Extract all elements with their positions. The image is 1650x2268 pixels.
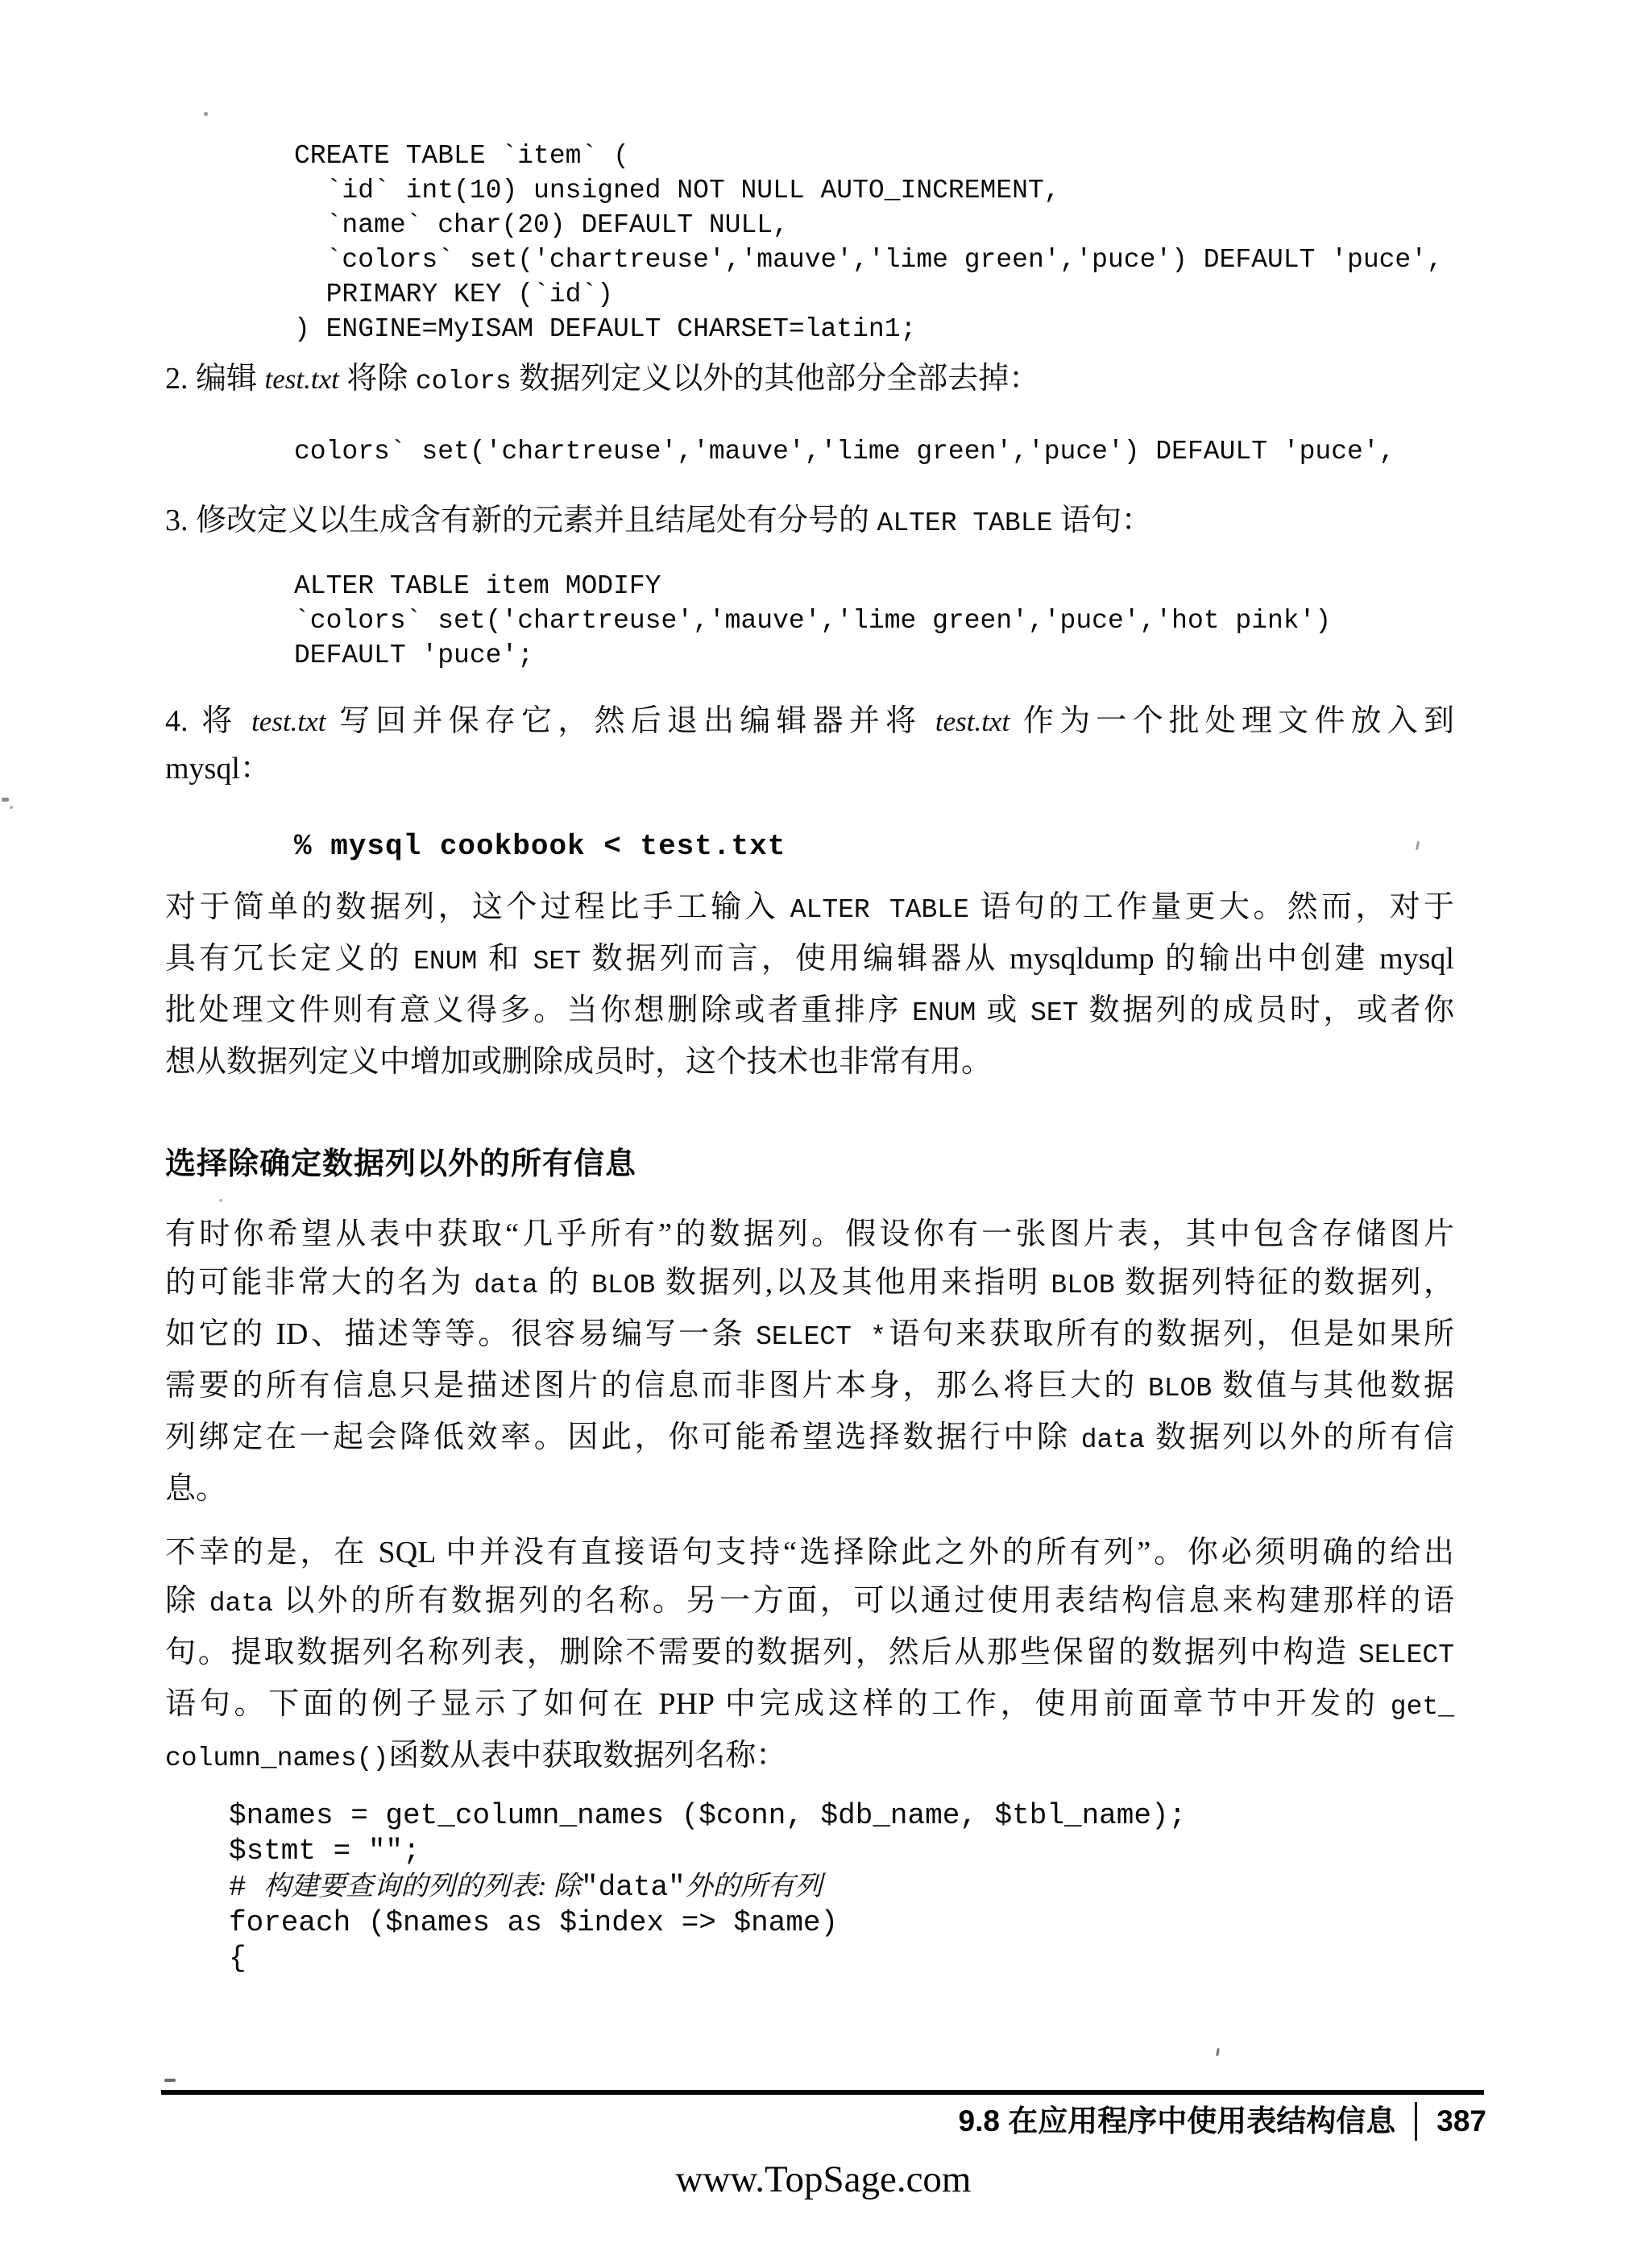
sql-colors-line-block: colors` set('chartreuse','mauve','lime g… — [294, 434, 1395, 469]
text-line: 语句。下面的例子显示了如何在 PHP 中完成这样的工作，使用前面章节中开发的 g… — [165, 1680, 1454, 1731]
code-line: PRIMARY KEY (`id`) — [294, 277, 1443, 312]
text-segment: "data" — [581, 1871, 686, 1904]
page-number: 387 — [1436, 2101, 1486, 2142]
code-line: `id` int(10) unsigned NOT NULL AUTO_INCR… — [294, 173, 1443, 208]
text-segment: colors — [416, 367, 512, 396]
text-segment: 数据列而言，使用编辑器从 mysqldump 的输出中创建 mysql — [581, 942, 1454, 976]
text-segment: foreach ($names as $index => $name) — [229, 1906, 838, 1939]
text-segment: 将除 — [339, 362, 416, 396]
code-line: `colors` set('chartreuse','mauve','lime … — [294, 603, 1331, 638]
text-segment: 4. 将 — [165, 704, 251, 738]
text-line: 需要的所有信息只是描述图片的信息而非图片本身，那么将巨大的 BLOB 数值与其他… — [165, 1362, 1454, 1413]
footer-rule — [161, 2090, 1484, 2095]
text-segment: 数据列特征的数据列， — [1115, 1266, 1454, 1300]
text-segment: 3. 修改定义以生成含有新的元素并且结尾处有分号的 — [165, 504, 877, 537]
section-heading: 选择除确定数据列以外的所有信息 — [165, 1144, 636, 1184]
text-line: 4. 将 test.txt 写回并保存它，然后退出编辑器并将 test.txt … — [165, 698, 1454, 745]
text-segment: SET — [533, 947, 581, 976]
sql-create-table-block: CREATE TABLE `item` ( `id` int(10) unsig… — [294, 139, 1443, 346]
list-item-2: 2. 编辑 test.txt 将除 colors 数据列定义以外的其他部分全部去… — [165, 355, 1454, 406]
code-line: DEFAULT 'puce'; — [294, 638, 1331, 673]
paragraph-blob-columns: 有时你希望从表中获取“几乎所有”的数据列。假设你有一张图片表，其中包含存储图片 … — [165, 1210, 1454, 1513]
text-segment: SET — [1030, 998, 1078, 1028]
text-segment: 不幸的是，在 SQL 中并没有直接语句支持“选择除此之外的所有列”。你必须明确的… — [165, 1536, 1454, 1569]
text-segment: 对于简单的数据列，这个过程比手工输入 — [165, 890, 790, 924]
text-segment: column_names() — [165, 1743, 388, 1773]
text-segment: 句。提取数据列名称列表，删除不需要的数据列，然后从那些保留的数据列中构造 — [165, 1636, 1358, 1669]
text-segment: $stmt = ""; — [229, 1835, 421, 1868]
text-segment: test.txt — [935, 706, 1009, 737]
code-line: $names = get_column_names ($conn, $db_na… — [229, 1798, 1186, 1834]
list-item-4: 4. 将 test.txt 写回并保存它，然后退出编辑器并将 test.txt … — [165, 698, 1454, 792]
code-line: CREATE TABLE `item` ( — [294, 139, 1443, 173]
text-segment: 数据列的成员时，或者你 — [1078, 993, 1454, 1027]
text-line: 不幸的是，在 SQL 中并没有直接语句支持“选择除此之外的所有列”。你必须明确的… — [165, 1528, 1454, 1577]
scan-artifact — [219, 1199, 222, 1202]
text-line: 的可能非常大的名为 data 的 BLOB 数据列,以及其他用来指明 BLOB … — [165, 1258, 1454, 1310]
text-segment: 语句的工作量更大。然而，对于 — [969, 890, 1454, 924]
text-segment: test.txt — [251, 706, 325, 737]
text-line: 除 data 以外的所有数据列的名称。另一方面，可以通过使用表结构信息来构建那样… — [165, 1577, 1454, 1628]
code-line: { — [229, 1941, 1186, 1976]
text-segment: 的 — [538, 1266, 592, 1300]
php-code-block: $names = get_column_names ($conn, $db_na… — [229, 1798, 1186, 1976]
text-segment: 语句来获取所有的数据列，但是如果所 — [886, 1317, 1454, 1351]
text-segment: { — [229, 1942, 247, 1975]
text-segment: 作为一个批处理文件放入到 — [1009, 704, 1454, 738]
text-segment: 数据列,以及其他用来指明 — [655, 1266, 1051, 1300]
scan-artifact — [1216, 2048, 1220, 2056]
text-segment: 语句。下面的例子显示了如何在 PHP 中完成这样的工作，使用前面章节中开发的 — [165, 1687, 1391, 1721]
text-line: 2. 编辑 test.txt 将除 colors 数据列定义以外的其他部分全部去… — [165, 355, 1454, 406]
text-segment: 数值与其他数据 — [1212, 1369, 1454, 1403]
text-line: 3. 修改定义以生成含有新的元素并且结尾处有分号的 ALTER TABLE 语句… — [165, 496, 1454, 548]
code-line: ) ENGINE=MyISAM DEFAULT CHARSET=latin1; — [294, 312, 1443, 346]
text-segment: get_ — [1391, 1692, 1454, 1722]
shell-command-block: % mysql cookbook < test.txt — [294, 829, 786, 864]
text-segment: 构建要查询的列的列表: 除 — [263, 1872, 581, 1901]
text-line: 对于简单的数据列，这个过程比手工输入 ALTER TABLE 语句的工作量更大。… — [165, 883, 1454, 935]
text-segment: ALTER TABLE — [790, 895, 969, 925]
text-segment: 2. 编辑 — [165, 362, 265, 396]
text-segment: 批处理文件则有意义得多。当你想删除或者重排序 — [165, 993, 912, 1027]
paragraph-select-except: 不幸的是，在 SQL 中并没有直接语句支持“选择除此之外的所有列”。你必须明确的… — [165, 1528, 1454, 1783]
code-line: `name` char(20) DEFAULT NULL, — [294, 208, 1443, 243]
text-segment: 的可能非常大的名为 — [165, 1266, 474, 1300]
text-segment: 有时你希望从表中获取“几乎所有”的数据列。假设你有一张图片表，其中包含存储图片 — [165, 1217, 1454, 1251]
text-segment: 或 — [976, 993, 1030, 1027]
text-segment: ENUM — [912, 998, 976, 1028]
text-line: mysql： — [165, 745, 1454, 792]
paragraph-batch-file: 对于简单的数据列，这个过程比手工输入 ALTER TABLE 语句的工作量更大。… — [165, 883, 1454, 1086]
text-segment: SELECT * — [756, 1322, 886, 1352]
scan-artifact — [1416, 841, 1420, 850]
text-line: 具有冗长定义的 ENUM 和 SET 数据列而言，使用编辑器从 mysqldum… — [165, 935, 1454, 986]
scan-artifact — [10, 806, 13, 809]
scan-artifact — [164, 2079, 176, 2082]
text-segment: $names = get_column_names ($conn, $db_na… — [229, 1799, 1186, 1832]
text-segment: BLOB — [1051, 1271, 1114, 1300]
code-line: foreach ($names as $index => $name) — [229, 1905, 1186, 1941]
text-segment: 息。 — [165, 1472, 226, 1506]
text-line: 列绑定在一起会降低效率。因此，你可能希望选择数据行中除 data 数据列以外的所… — [165, 1413, 1454, 1465]
text-segment: 数据列定义以外的其他部分全部去掉： — [512, 362, 1040, 396]
text-segment: BLOB — [591, 1271, 655, 1300]
text-segment: 如它的 ID、描述等等。很容易编写一条 — [165, 1317, 756, 1351]
book-page-scan: CREATE TABLE `item` ( `id` int(10) unsig… — [0, 0, 1650, 2268]
code-line: $stmt = ""; — [229, 1834, 1186, 1869]
list-item-3: 3. 修改定义以生成含有新的元素并且结尾处有分号的 ALTER TABLE 语句… — [165, 496, 1454, 548]
text-segment: 除 — [165, 1584, 209, 1618]
text-segment: data — [1081, 1425, 1145, 1455]
watermark-url: www.TopSage.com — [676, 2158, 972, 2201]
text-segment: 语句： — [1052, 504, 1152, 537]
text-line: 如它的 ID、描述等等。很容易编写一条 SELECT *语句来获取所有的数据列，… — [165, 1310, 1454, 1362]
text-line: 想从数据列定义中增加或删除成员时，这个技术也非常有用。 — [165, 1038, 1454, 1086]
code-line: % mysql cookbook < test.txt — [294, 829, 786, 864]
text-line: 批处理文件则有意义得多。当你想删除或者重排序 ENUM 或 SET 数据列的成员… — [165, 986, 1454, 1038]
scan-artifact — [2, 798, 9, 802]
text-line: 有时你希望从表中获取“几乎所有”的数据列。假设你有一张图片表，其中包含存储图片 — [165, 1210, 1454, 1258]
text-segment: 函数从表中获取数据列名称： — [388, 1739, 786, 1773]
text-segment: 外的所有列 — [686, 1872, 823, 1901]
text-segment: test.txt — [265, 363, 339, 395]
text-line: 息。 — [165, 1465, 1454, 1513]
code-line: # 构建要查询的列的列表: 除"data"外的所有列 — [229, 1869, 1186, 1905]
code-line: colors` set('chartreuse','mauve','lime g… — [294, 434, 1395, 469]
text-segment: 列绑定在一起会降低效率。因此，你可能希望选择数据行中除 — [165, 1420, 1081, 1454]
text-segment: SELECT — [1358, 1640, 1454, 1670]
text-segment: 需要的所有信息只是描述图片的信息而非图片本身，那么将巨大的 — [165, 1369, 1148, 1403]
text-segment: data — [474, 1271, 537, 1300]
text-segment: # — [229, 1871, 263, 1904]
footer-section-title: 9.8 在应用程序中使用表结构信息 — [959, 2101, 1396, 2142]
text-segment: BLOB — [1148, 1374, 1212, 1404]
footer-divider — [1415, 2102, 1417, 2141]
sql-alter-table-block: ALTER TABLE item MODIFY `colors` set('ch… — [294, 569, 1331, 673]
text-segment: ENUM — [413, 947, 477, 976]
text-segment: 以外的所有数据列的名称。另一方面，可以通过使用表结构信息来构建那样的语 — [273, 1584, 1454, 1618]
text-segment: 具有冗长定义的 — [165, 942, 413, 976]
code-line: ALTER TABLE item MODIFY — [294, 569, 1331, 603]
text-segment: mysql： — [165, 752, 271, 786]
page-footer: 9.8 在应用程序中使用表结构信息 387 — [959, 2101, 1486, 2142]
text-segment: 想从数据列定义中增加或删除成员时，这个技术也非常有用。 — [165, 1045, 992, 1079]
text-line: 句。提取数据列名称列表，删除不需要的数据列，然后从那些保留的数据列中构造 SEL… — [165, 1628, 1454, 1680]
text-segment: 数据列以外的所有信 — [1145, 1420, 1454, 1454]
text-segment: 和 — [477, 942, 533, 976]
text-segment: data — [209, 1589, 273, 1619]
text-segment: ALTER TABLE — [877, 508, 1053, 538]
scan-artifact — [204, 112, 208, 116]
text-segment: 写回并保存它，然后退出编辑器并将 — [325, 704, 935, 738]
code-line: `colors` set('chartreuse','mauve','lime … — [294, 243, 1443, 277]
text-line: column_names()函数从表中获取数据列名称： — [165, 1731, 1454, 1783]
